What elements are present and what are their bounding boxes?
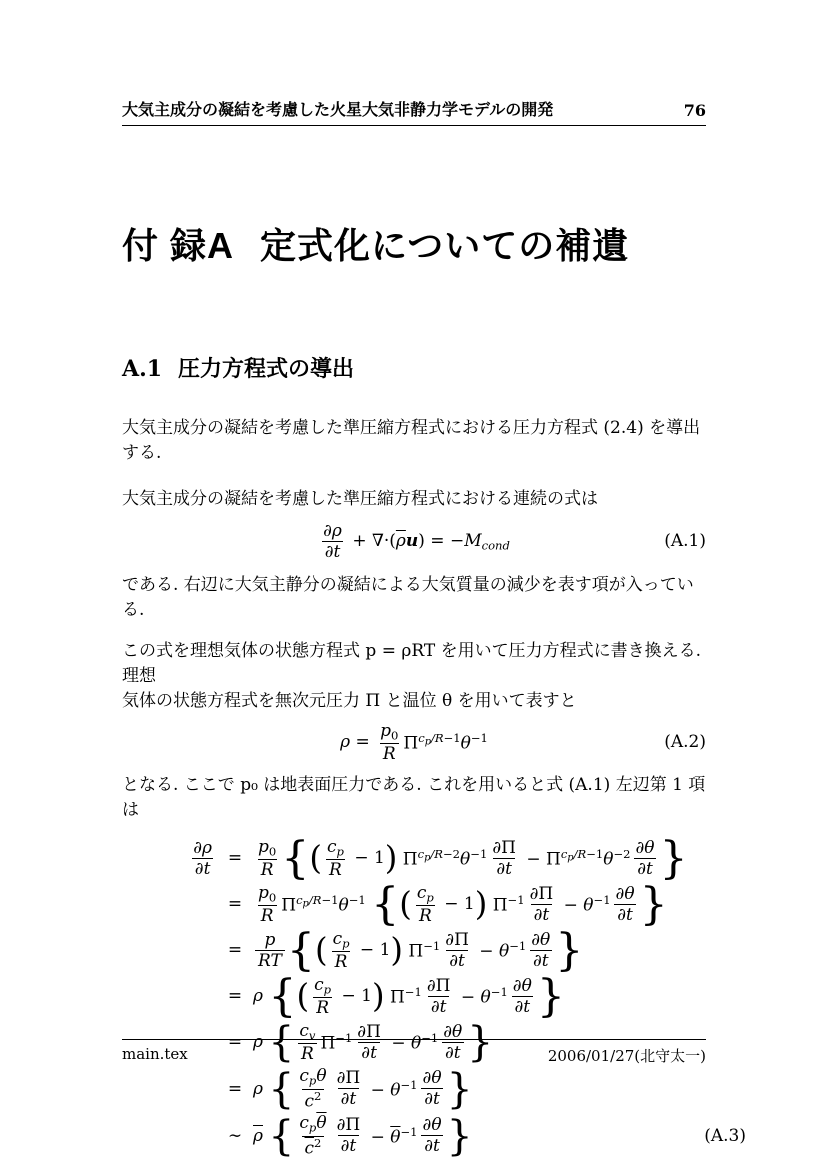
chapter-prefix: 付 録A [122, 225, 234, 266]
equation-a3-row-2: =p0RΠcp/R−1θ−1 {(cpR − 1) Π−1∂Π∂t − θ−1∂… [162, 882, 706, 926]
equation-a2: ρ = p0RΠcp/R−1θ−1 (A.2) [122, 718, 706, 766]
equation-a2-math: ρ = p0RΠcp/R−1θ−1 [340, 721, 488, 765]
equation-a3-row-7: ∼ρ {cpθc2∂Π∂t − θ−1∂θ∂t} [162, 1113, 706, 1158]
paragraph-2: 大気主成分の凝結を考慮した準圧縮方程式における連続の式は [122, 487, 706, 512]
equation-a3-row-4: =ρ {(cpR − 1) Π−1∂Π∂t − θ−1∂θ∂t} [162, 974, 706, 1018]
paragraph-5: となる. ここで p₀ は地表面圧力である. これを用いると式 (A.1) 左辺… [122, 773, 706, 823]
footer-filename: main.tex [122, 1045, 188, 1066]
equation-a3-row-6: =ρ {cpθc2∂Π∂t − θ−1∂θ∂t} [162, 1066, 706, 1111]
page-number: 76 [684, 101, 706, 120]
paragraph-1: 大気主成分の凝結を考慮した準圧縮方程式における圧力方程式 (2.4) を導出する… [122, 416, 706, 466]
equation-a3-tag: (A.3) [704, 1126, 746, 1146]
page-footer: main.tex 2006/01/27(北守太一) [122, 1039, 706, 1066]
equation-a1-math: ∂ρ∂t + ∇·(ρu) = −Mcond [318, 521, 510, 563]
running-header-title: 大気主成分の凝結を考慮した火星大気非静力学モデルの開発 [122, 97, 553, 120]
paragraph-3: である. 右辺に大気主静分の凝結による大気質量の減少を表す項が入っている. [122, 573, 706, 623]
section-number: A.1 [122, 356, 162, 382]
equation-a3-row-1: ∂ρ∂t=p0R{(cpR − 1) Πcp/R−2θ−1∂Π∂t − Πcp/… [162, 836, 706, 880]
equation-a1-tag: (A.1) [664, 531, 706, 551]
paragraph-4-line1: この式を理想気体の状態方程式 p = ρRT を用いて圧力方程式に書き換える. … [122, 639, 706, 689]
text-block: 大気主成分の凝結を考慮した火星大気非静力学モデルの開発 76 付 録A定式化につ… [122, 0, 706, 1161]
section-title: 圧力方程式の導出 [178, 356, 354, 381]
chapter-text: 定式化についての補遺 [260, 225, 629, 266]
section-heading: A.1圧力方程式の導出 [122, 352, 706, 383]
document-page: 大気主成分の凝結を考慮した火星大気非静力学モデルの開発 76 付 録A定式化につ… [0, 0, 826, 1169]
footer-date-author: 2006/01/27(北守太一) [548, 1045, 706, 1066]
equation-a3-row-3: =pRT{(cpR − 1) Π−1∂Π∂t − θ−1∂θ∂t} [162, 928, 706, 972]
paragraph-4-line2: 気体の状態方程式を無次元圧力 Π と温位 θ を用いて表すと [122, 689, 706, 714]
paragraph-4: この式を理想気体の状態方程式 p = ρRT を用いて圧力方程式に書き換える. … [122, 639, 706, 714]
running-header: 大気主成分の凝結を考慮した火星大気非静力学モデルの開発 76 [122, 97, 706, 126]
chapter-title: 付 録A定式化についての補遺 [122, 225, 706, 266]
equation-a2-tag: (A.2) [664, 732, 706, 752]
equation-a3-array: (A.3) ∂ρ∂t=p0R{(cpR − 1) Πcp/R−2θ−1∂Π∂t … [162, 836, 706, 1158]
equation-a1: ∂ρ∂t + ∇·(ρu) = −Mcond (A.1) [122, 518, 706, 564]
